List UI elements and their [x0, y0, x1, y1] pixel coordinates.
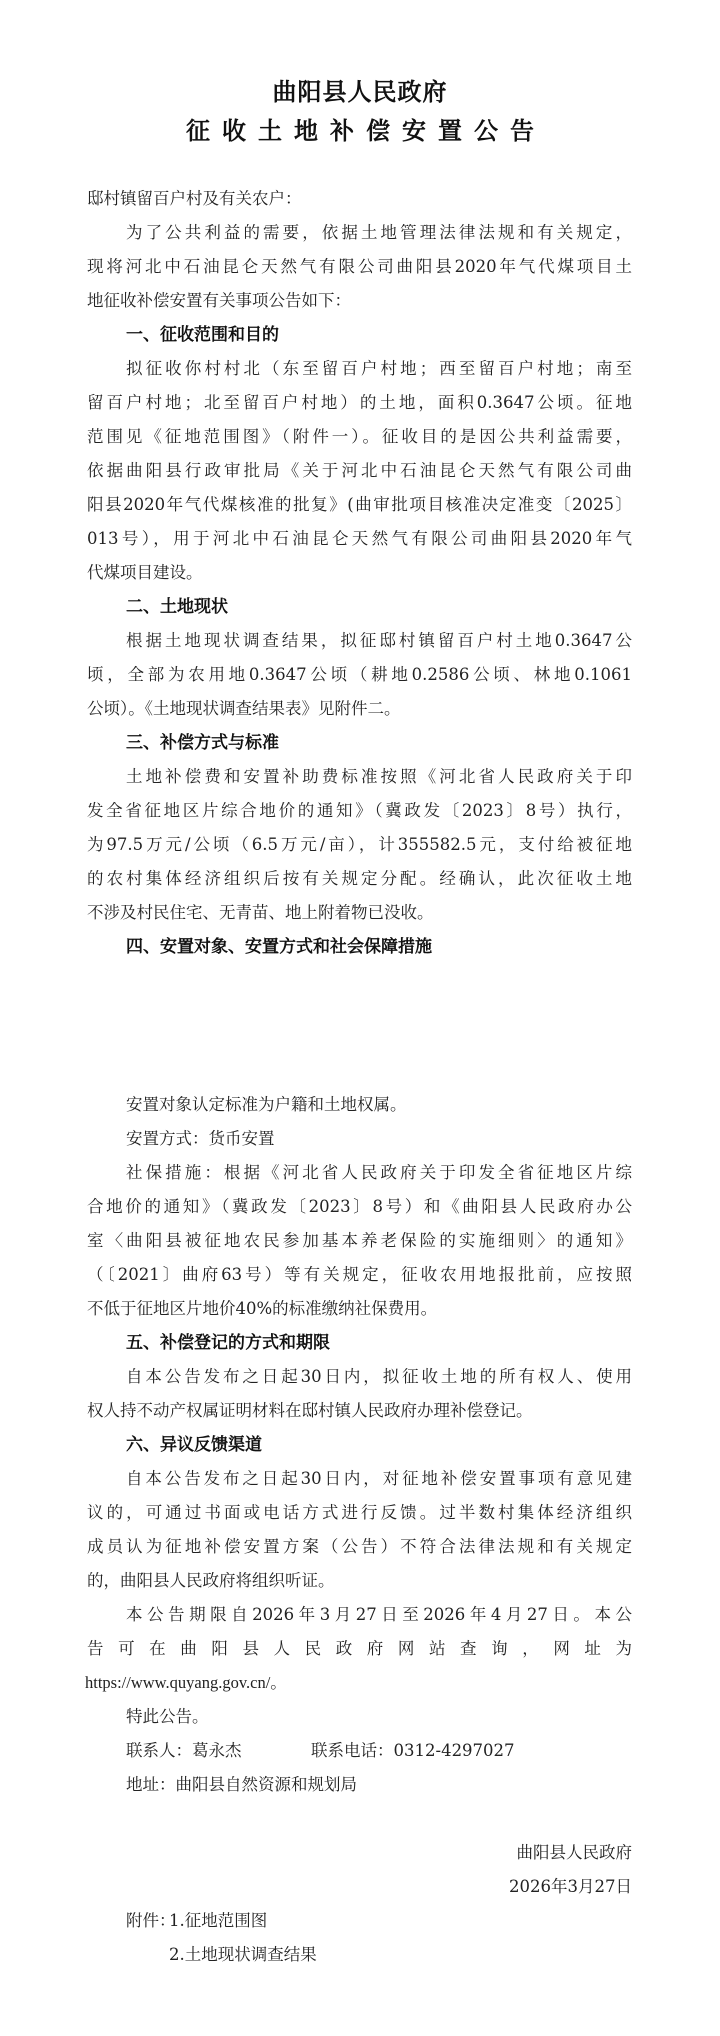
- paragraph-line: 阳县2020年气代煤核准的批复》(曲审批项目核准决定准变〔2025〕: [87, 495, 632, 517]
- contact-person-name: 葛永杰: [192, 1741, 242, 1760]
- intro-line: 现将河北中石油昆仑天然气有限公司曲阳县2020年气代煤项目土: [87, 257, 632, 279]
- paragraph-line: 为97.5万元/公顷（6.5万元/亩），计355582.5元，支付给被征地: [87, 835, 632, 857]
- paragraph-line: 代煤项目建设。: [87, 563, 632, 585]
- intro-line: 地征收补偿安置有关事项公告如下：: [87, 291, 632, 313]
- notice-title: 征收土地补偿安置公告: [0, 111, 720, 146]
- closing-text: 特此公告。: [126, 1707, 209, 1727]
- attachment-item: 2.土地现状调查结果: [169, 1945, 317, 1965]
- contact-person-label: 联系人：: [126, 1741, 192, 1760]
- paragraph-line: 土地补偿费和安置补助费标准按照《河北省人民政府关于印: [126, 767, 632, 789]
- paragraph-line: 的，曲阳县人民政府将组织听证。: [87, 1571, 632, 1593]
- issuer-title: 曲阳县人民政府: [0, 72, 720, 107]
- paragraph-line: 自本公告发布之日起30日内，拟征收土地的所有权人、使用: [126, 1367, 632, 1389]
- section-heading-land-status: 二、土地现状: [126, 597, 228, 617]
- paragraph-line: 成员认为征地补偿安置方案（公告）不符合法律法规和有关规定: [87, 1537, 632, 1559]
- signature-org: 曲阳县人民政府: [517, 1843, 633, 1863]
- contact-address-value: 曲阳县自然资源和规划局: [176, 1775, 358, 1794]
- paragraph-line: 本公告期限自2026年3月27日至2026年4月27日。本公: [126, 1605, 632, 1627]
- paragraph-line: 根据土地现状调查结果，拟征邸村镇留百户村土地0.3647公: [126, 631, 632, 653]
- section-heading-resettlement: 四、安置对象、安置方式和社会保障措施: [126, 937, 432, 957]
- paragraph-line: 范围见《征地范围图》（附件一）。征收目的是因公共利益需要，: [87, 427, 632, 449]
- paragraph-line: 权人持不动产权属证明材料在邸村镇人民政府办理补偿登记。: [87, 1401, 632, 1423]
- section-heading-objection: 六、异议反馈渠道: [126, 1435, 262, 1455]
- contact-phone-number: 0312-4297027: [394, 1741, 515, 1760]
- contact-person: 联系人：葛永杰: [126, 1741, 242, 1761]
- paragraph-line: 安置对象认定标准为户籍和土地权属。: [126, 1095, 407, 1115]
- intro-line: 为了公共利益的需要，依据土地管理法律法规和有关规定，: [126, 223, 632, 245]
- paragraph-line: 留百户村地；北至留百户村地）的土地，面积0.3647公顷。征地: [87, 393, 632, 415]
- paragraph-line: 不低于征地区片地价40%的标准缴纳社保费用。: [87, 1299, 632, 1321]
- contact-address-label: 地址：: [126, 1775, 176, 1794]
- signature-date: 2026年3月27日: [509, 1877, 632, 1897]
- paragraph-line: 安置方式：货币安置: [126, 1129, 275, 1149]
- paragraph-line: 拟征收你村村北（东至留百户村地；西至留百户村地；南至: [126, 359, 632, 381]
- paragraph-line: 室〈曲阳县被征地农民参加基本养老保险的实施细则〉的通知》: [87, 1231, 632, 1253]
- paragraph-line: 议的，可通过书面或电话方式进行反馈。过半数村集体经济组织: [87, 1503, 632, 1525]
- website-link[interactable]: https://www.quyang.gov.cn/。: [85, 1673, 287, 1693]
- contact-address: 地址：曲阳县自然资源和规划局: [126, 1775, 357, 1795]
- section-heading-registration: 五、补偿登记的方式和期限: [126, 1333, 330, 1353]
- paragraph-line: 公顷）。《土地现状调查结果表》见附件二。: [87, 699, 632, 721]
- paragraph-line: 告可在曲阳县人民政府网站查询，网址为: [87, 1639, 632, 1661]
- paragraph-line: 合地价的通知》（冀政发〔2023〕8号）和《曲阳县人民政府办公: [87, 1197, 632, 1219]
- paragraph-line: 社保措施：根据《河北省人民政府关于印发全省征地区片综: [126, 1163, 632, 1185]
- paragraph-line: 013号），用于河北中石油昆仑天然气有限公司曲阳县2020年气: [87, 529, 632, 551]
- notice-document: 曲阳县人民政府 征收土地补偿安置公告 邸村镇留百户村及有关农户： 为了公共利益的…: [0, 0, 720, 2036]
- paragraph-line: 发全省征地区片综合地价的通知》（冀政发〔2023〕8号）执行，: [87, 801, 632, 823]
- paragraph-line: 不涉及村民住宅、无青苗、地上附着物已没收。: [87, 903, 632, 925]
- paragraph-line: （〔2021〕曲府63号）等有关规定，征收农用地报批前，应按照: [87, 1265, 632, 1287]
- section-heading-scope: 一、征收范围和目的: [126, 325, 279, 345]
- section-heading-compensation: 三、补偿方式与标准: [126, 733, 279, 753]
- attachment-item: 1.征地范围图: [169, 1911, 267, 1931]
- paragraph-line: 的农村集体经济组织后按有关规定分配。经确认，此次征收土地: [87, 869, 632, 891]
- contact-phone: 联系电话：0312-4297027: [311, 1741, 515, 1761]
- paragraph-line: 依据曲阳县行政审批局《关于河北中石油昆仑天然气有限公司曲: [87, 461, 632, 483]
- salutation: 邸村镇留百户村及有关农户：: [87, 189, 302, 209]
- contact-phone-label: 联系电话：: [311, 1741, 394, 1760]
- paragraph-line: 顷，全部为农用地0.3647公顷（耕地0.2586公顷、林地0.1061: [87, 665, 632, 687]
- paragraph-line: 自本公告发布之日起30日内，对征地补偿安置事项有意见建: [126, 1469, 632, 1491]
